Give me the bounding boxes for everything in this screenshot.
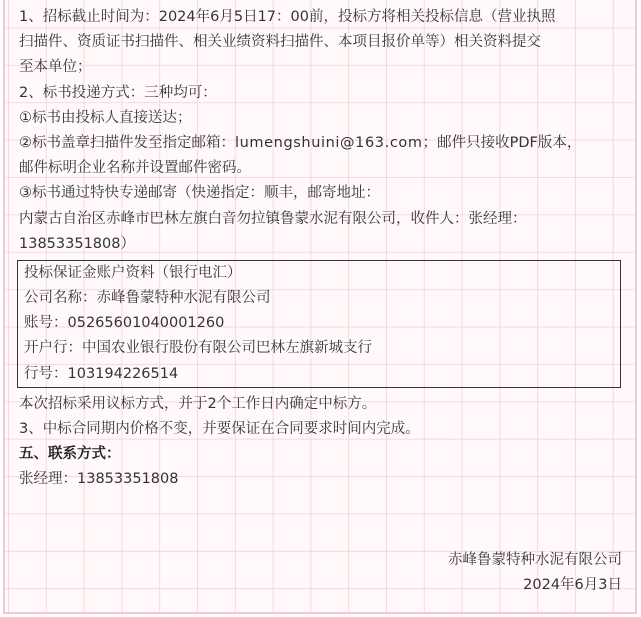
bank-account-number: 账号：05265601040001260 [24, 311, 620, 336]
contract-terms: 3、中标合同期内价格不变，并要保证在合同要求时间内完成。 [19, 417, 625, 442]
contact-info: 张经理：13853351808 [19, 467, 625, 492]
deadline-line-1: 1、招标截止时间为：2024年6月5日17：00前，投标方将相关投标信息（营业执… [19, 5, 625, 30]
delivery-address: 内蒙古自治区赤峰市巴林左旗白音勿拉镇鲁蒙水泥有限公司，收件人：张经理： [19, 207, 625, 232]
delivery-option-2-suffix: ；邮件只接收PDF版本， [423, 135, 582, 151]
delivery-option-3: ③标书通过特快专递邮寄（快递指定：顺丰，邮寄地址： [19, 181, 625, 206]
delivery-methods-title: 2、标书投递方式：三种均可： [19, 81, 625, 106]
bank-name: 开户行：中国农业银行股份有限公司巴林左旗新城支行 [24, 336, 620, 361]
signature-block: 赤峰鲁蒙特种水泥有限公司 2024年6月3日 [448, 548, 622, 598]
bank-info-box: 投标保证金账户资料（银行电汇） 公司名称：赤峰鲁蒙特种水泥有限公司 账号：052… [17, 260, 621, 388]
email-address: lumengshuini@163.com [235, 135, 423, 151]
bank-code: 行号：103194226514 [24, 362, 620, 387]
contact-heading: 五、联系方式： [19, 442, 625, 467]
bank-company-name: 公司名称：赤峰鲁蒙特种水泥有限公司 [24, 286, 620, 311]
delivery-option-2: ②标书盖章扫描件发至指定邮箱：lumengshuini@163.com；邮件只接… [19, 131, 625, 156]
delivery-option-2-line-2: 邮件标明企业名称并设置邮件密码。 [19, 156, 625, 181]
signature-company: 赤峰鲁蒙特种水泥有限公司 [448, 548, 622, 573]
signature-date: 2024年6月3日 [448, 573, 622, 598]
document-body: 1、招标截止时间为：2024年6月5日17：00前，投标方将相关投标信息（营业执… [19, 5, 625, 493]
delivery-option-1: ①标书由投标人直接送达； [19, 106, 625, 131]
deadline-line-2: 扫描件、资质证书扫描件、相关业绩资料扫描件、本项目报价单等）相关资料提交 [19, 30, 625, 55]
bidding-method: 本次招标采用议标方式，并于2个工作日内确定中标方。 [19, 392, 625, 417]
bank-info-title: 投标保证金账户资料（银行电汇） [24, 261, 620, 286]
delivery-phone: 13853351808） [19, 232, 625, 257]
delivery-option-2-prefix: ②标书盖章扫描件发至指定邮箱： [19, 135, 235, 151]
deadline-line-3: 至本单位； [19, 55, 625, 80]
